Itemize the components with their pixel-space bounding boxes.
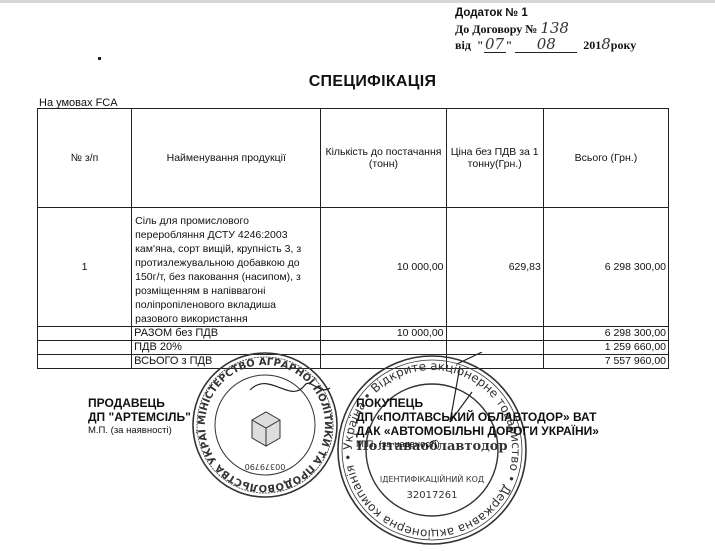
empty-cell <box>446 341 543 355</box>
contract-prefix: До Договору № <box>455 22 537 36</box>
summary-row-vat: ПДВ 20% 1 259 660,00 <box>38 341 669 355</box>
buyer-name-line2: ДАК «АВТОМОБІЛЬНІ ДОРОГИ УКРАЇНИ» <box>356 424 599 438</box>
header-cell-price: Ціна без ПДВ за 1 тонну(Грн.) <box>446 109 543 208</box>
svg-text:МІНІСТЕРСТВО АГРАРНОЇ ПОЛІТИКИ: МІНІСТЕРСТВО АГРАРНОЇ ПОЛІТИКИ ТА ПРОДОВ… <box>190 350 333 493</box>
buyer-role: ПОКУПЕЦЬ <box>356 396 599 410</box>
svg-text:32017261: 32017261 <box>407 490 458 501</box>
seller-stamp-ring-text: МІНІСТЕРСТВО АГРАРНОЇ ПОЛІТИКИ ТА ПРОДОВ… <box>190 350 333 493</box>
date-line: від "07" 08 2018року <box>455 37 636 53</box>
header-cell-name: Найменування продукції <box>132 109 321 208</box>
header-cell-total: Всього (Грн.) <box>543 109 668 208</box>
seller-role: ПРОДАВЕЦЬ <box>88 396 191 410</box>
window-top-edge <box>0 0 715 3</box>
summary-quantity: 10 000,00 <box>321 327 446 341</box>
buyer-seal-note: М.П. (за наявності) <box>356 438 599 452</box>
table-header-row: № з/п Найменування продукції Кількість д… <box>38 109 669 208</box>
empty-cell <box>446 355 543 369</box>
scan-speck <box>98 57 101 60</box>
summary-row-grand-total: ВСЬОГО з ПДВ 7 557 960,00 <box>38 355 669 369</box>
empty-cell <box>38 355 132 369</box>
cell-quantity: 10 000,00 <box>321 208 446 327</box>
empty-cell <box>446 327 543 341</box>
cell-price: 629,83 <box>446 208 543 327</box>
cell-product-name: Сіль для промислового переробляння ДСТУ … <box>132 208 321 327</box>
header-cell-quantity: Кількість до постачання (тонн) <box>321 109 446 208</box>
svg-text:ІДЕНТИФІКАЦІЙНИЙ КОД: ІДЕНТИФІКАЦІЙНИЙ КОД <box>380 473 484 484</box>
summary-label: ВСЬОГО з ПДВ <box>132 355 321 369</box>
document-title: СПЕЦИФІКАЦІЯ <box>0 73 715 91</box>
summary-total: 1 259 660,00 <box>543 341 668 355</box>
buyer-block: ПОКУПЕЦЬ ДП «ПОЛТАВСЬКИЙ ОБЛАВТОДОР» ВАТ… <box>356 396 599 452</box>
empty-cell <box>38 327 132 341</box>
seller-block: ПРОДАВЕЦЬ ДП "АРТЕМСІЛЬ" М.П. (за наявно… <box>88 396 191 438</box>
cell-total: 6 298 300,00 <box>543 208 668 327</box>
summary-quantity <box>321 341 446 355</box>
summary-row-subtotal: РАЗОМ без ПДВ 10 000,00 6 298 300,00 <box>38 327 669 341</box>
cell-no: 1 <box>38 208 132 327</box>
summary-label: РАЗОМ без ПДВ <box>132 327 321 341</box>
summary-total: 7 557 960,00 <box>543 355 668 369</box>
header-cell-no: № з/п <box>38 109 132 208</box>
svg-text:00379790: 00379790 <box>245 462 286 471</box>
date-suffix: року <box>611 38 636 52</box>
seller-seal-note: М.П. (за наявності) <box>88 424 191 438</box>
date-year-digit: 8 <box>601 35 611 53</box>
date-year: 201 <box>583 38 601 52</box>
summary-total: 6 298 300,00 <box>543 327 668 341</box>
seller-name: ДП "АРТЕМСІЛЬ" <box>88 410 191 424</box>
date-month: 08 <box>515 37 577 53</box>
annex-header: Додаток № 1 До Договору № 138 від "07" 0… <box>455 6 636 53</box>
date-day: 07 <box>484 37 506 53</box>
buyer-name-line1: ДП «ПОЛТАВСЬКИЙ ОБЛАВТОДОР» ВАТ <box>356 410 599 424</box>
specification-table: № з/п Найменування продукції Кількість д… <box>37 108 669 369</box>
summary-quantity <box>321 355 446 369</box>
empty-cell <box>38 341 132 355</box>
summary-label: ПДВ 20% <box>132 341 321 355</box>
table-row: 1 Сіль для промислового переробляння ДСТ… <box>38 208 669 327</box>
date-prefix: від <box>455 38 471 52</box>
seller-stamp-icon: МІНІСТЕРСТВО АГРАРНОЇ ПОЛІТИКИ ТА ПРОДОВ… <box>190 350 340 500</box>
